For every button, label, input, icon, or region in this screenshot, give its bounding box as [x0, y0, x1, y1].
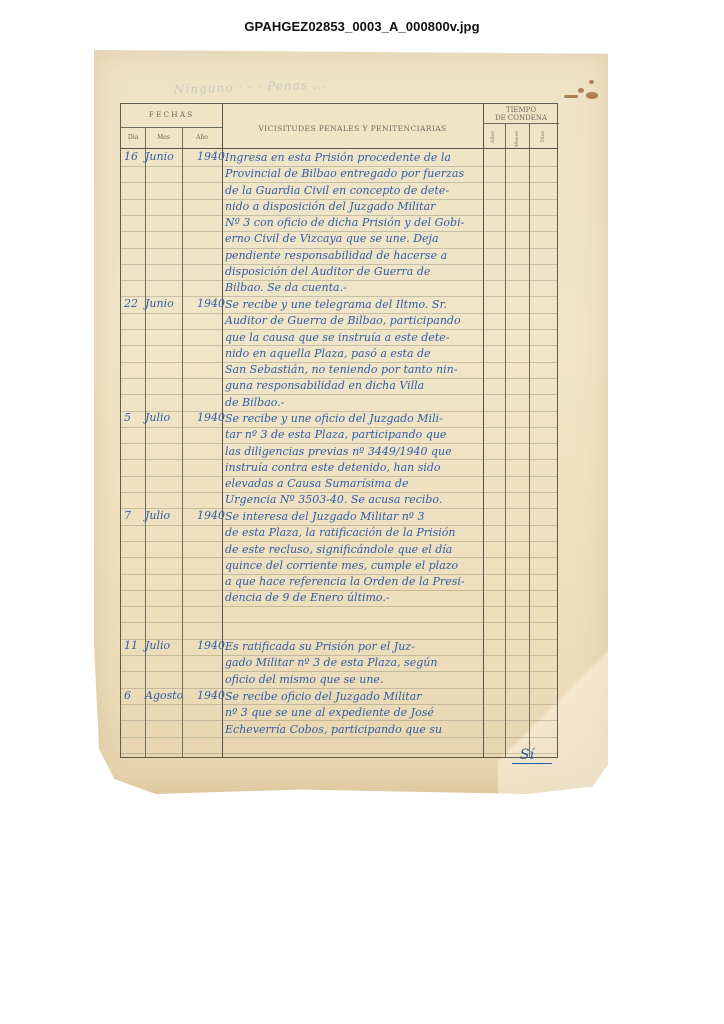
entry-line: Ingresa en esta Prisión procedente de la	[225, 150, 483, 166]
entry-day: 5	[124, 411, 146, 424]
header-tiempo-condena: TIEMPO DE CONDENA	[483, 106, 559, 122]
stain-mark	[589, 80, 594, 84]
header-fechas: FECHAS	[121, 110, 222, 119]
entry-year: 1940	[197, 639, 227, 652]
entry-line: Se recibe y une oficio del Juzgado Mili-	[225, 411, 483, 427]
entry-text: Ingresa en esta Prisión procedente de la…	[225, 150, 483, 297]
entry-text: Se recibe y une oficio del Juzgado Mili-…	[225, 411, 483, 509]
rule	[222, 104, 223, 757]
header-meses: Meses	[514, 131, 520, 147]
header-tiempo: TIEMPO	[483, 106, 559, 114]
entry-line: elevadas a Causa Sumarísima de	[225, 476, 483, 492]
entry-line: tar nº 3 de esta Plaza, participando que	[225, 427, 483, 443]
entry-month: Julio	[145, 639, 193, 652]
row-rule	[121, 753, 557, 754]
entry-line: de Bilbao.-	[225, 395, 483, 411]
entry-line: las diligencias previas nº 3449/1940 que	[225, 444, 483, 460]
entry-year: 1940	[197, 411, 227, 424]
rule	[145, 127, 146, 757]
rule	[182, 127, 183, 757]
rule	[121, 127, 222, 128]
row-rule	[121, 622, 557, 623]
entry-month: Agosto	[145, 689, 193, 702]
rule	[483, 123, 559, 124]
entry-month: Junio	[145, 297, 193, 310]
entry-month: Junio	[145, 150, 193, 163]
entry-year: 1940	[197, 689, 227, 702]
rule	[505, 123, 506, 757]
rule	[529, 123, 530, 757]
entry-line: San Sebastián, no teniendo por tanto nin…	[225, 362, 483, 378]
entry-line: Echeverría Cobos, participando que su	[225, 722, 483, 738]
entry-month: Julio	[145, 411, 193, 424]
rule	[483, 104, 484, 757]
rule	[121, 148, 557, 149]
entry-line: guna responsabilidad en dicha Villa	[225, 378, 483, 394]
header-dias: Días	[540, 131, 546, 142]
entry-year: 1940	[197, 509, 227, 522]
entry-line: Se interesa del Juzgado Militar nº 3	[225, 509, 483, 525]
header-ano: Año	[182, 134, 222, 141]
entry-day: 22	[124, 297, 146, 310]
header-dia: Día	[121, 134, 145, 141]
entry-line: nº 3 que se une al expediente de José	[225, 705, 483, 721]
entry-year: 1940	[197, 150, 227, 163]
entry-line: Es ratificada su Prisión por el Juz-	[225, 639, 483, 655]
entry-line: disposición del Auditor de Guerra de	[225, 264, 483, 280]
faded-bleed-through-text: Ninguno · · · Penas ...	[174, 77, 327, 96]
entry-day: 16	[124, 150, 146, 163]
stain-mark	[578, 88, 584, 93]
entry-line: pendiente responsabilidad de hacerse a	[225, 248, 483, 264]
entry-line: Urgencia Nº 3503-40. Se acusa recibo.	[225, 492, 483, 508]
entry-line: instruía contra este detenido, han sido	[225, 460, 483, 476]
signature-mark: Sí	[512, 747, 552, 764]
entry-line: Se recibe oficio del Juzgado Militar	[225, 689, 483, 705]
entry-line: Se recibe y une telegrama del Iltmo. Sr.	[225, 297, 483, 313]
stain-mark	[586, 92, 598, 99]
entry-text: Es ratificada su Prisión por el Juz- gad…	[225, 639, 483, 688]
stain-mark	[564, 95, 578, 98]
header-vicisitudes: VICISITUDES PENALES Y PENITENCIARIAS	[222, 124, 483, 133]
entry-day: 7	[124, 509, 146, 522]
entry-line: nido en aquella Plaza, pasó a esta de	[225, 346, 483, 362]
file-title: GPAHGEZ02853_0003_A_000800v.jpg	[0, 19, 724, 34]
entry-day: 11	[124, 639, 146, 652]
entry-line: Bilbao. Se da cuenta.-	[225, 280, 483, 296]
entry-month: Julio	[145, 509, 193, 522]
entry-line: a que hace referencia la Orden de la Pre…	[225, 574, 483, 590]
entry-text: Se recibe y une telegrama del Iltmo. Sr.…	[225, 297, 483, 411]
header-mes: Mes	[145, 134, 182, 141]
entry-line: nido a disposición del Juzgado Militar	[225, 199, 483, 215]
entry-line: Nº 3 con oficio de dicha Prisión y del G…	[225, 215, 483, 231]
entry-line: gado Militar nº 3 de esta Plaza, según	[225, 655, 483, 671]
entry-line: Auditor de Guerra de Bilbao, participand…	[225, 313, 483, 329]
ledger-page: Ninguno · · · Penas ... FECHAS Día Mes A…	[94, 50, 608, 794]
ledger-table: FECHAS Día Mes Año VICISITUDES PENALES Y…	[120, 103, 558, 758]
entry-year: 1940	[197, 297, 227, 310]
entry-line: oficio del mismo que se une.	[225, 672, 483, 688]
entry-line: de esta Plaza, la ratificación de la Pri…	[225, 525, 483, 541]
entry-line: de la Guardia Civil en concepto de dete-	[225, 183, 483, 199]
entry-line: dencia de 9 de Enero último.-	[225, 590, 483, 606]
entry-line: de este recluso, significándole que el d…	[225, 542, 483, 558]
header-anos: Años	[490, 131, 496, 143]
entry-line: erno Civil de Vizcaya que se une. Deja	[225, 231, 483, 247]
entry-day: 6	[124, 689, 146, 702]
entry-line: Provincial de Bilbao entregado por fuerz…	[225, 166, 483, 182]
entry-line: quince del corriente mes, cumple el plaz…	[225, 558, 483, 574]
entry-line: que la causa que se instruía a este dete…	[225, 330, 483, 346]
header-de-condena: DE CONDENA	[483, 114, 559, 122]
entry-text: Se recibe oficio del Juzgado Militar nº …	[225, 689, 483, 738]
entry-text: Se interesa del Juzgado Militar nº 3 de …	[225, 509, 483, 607]
